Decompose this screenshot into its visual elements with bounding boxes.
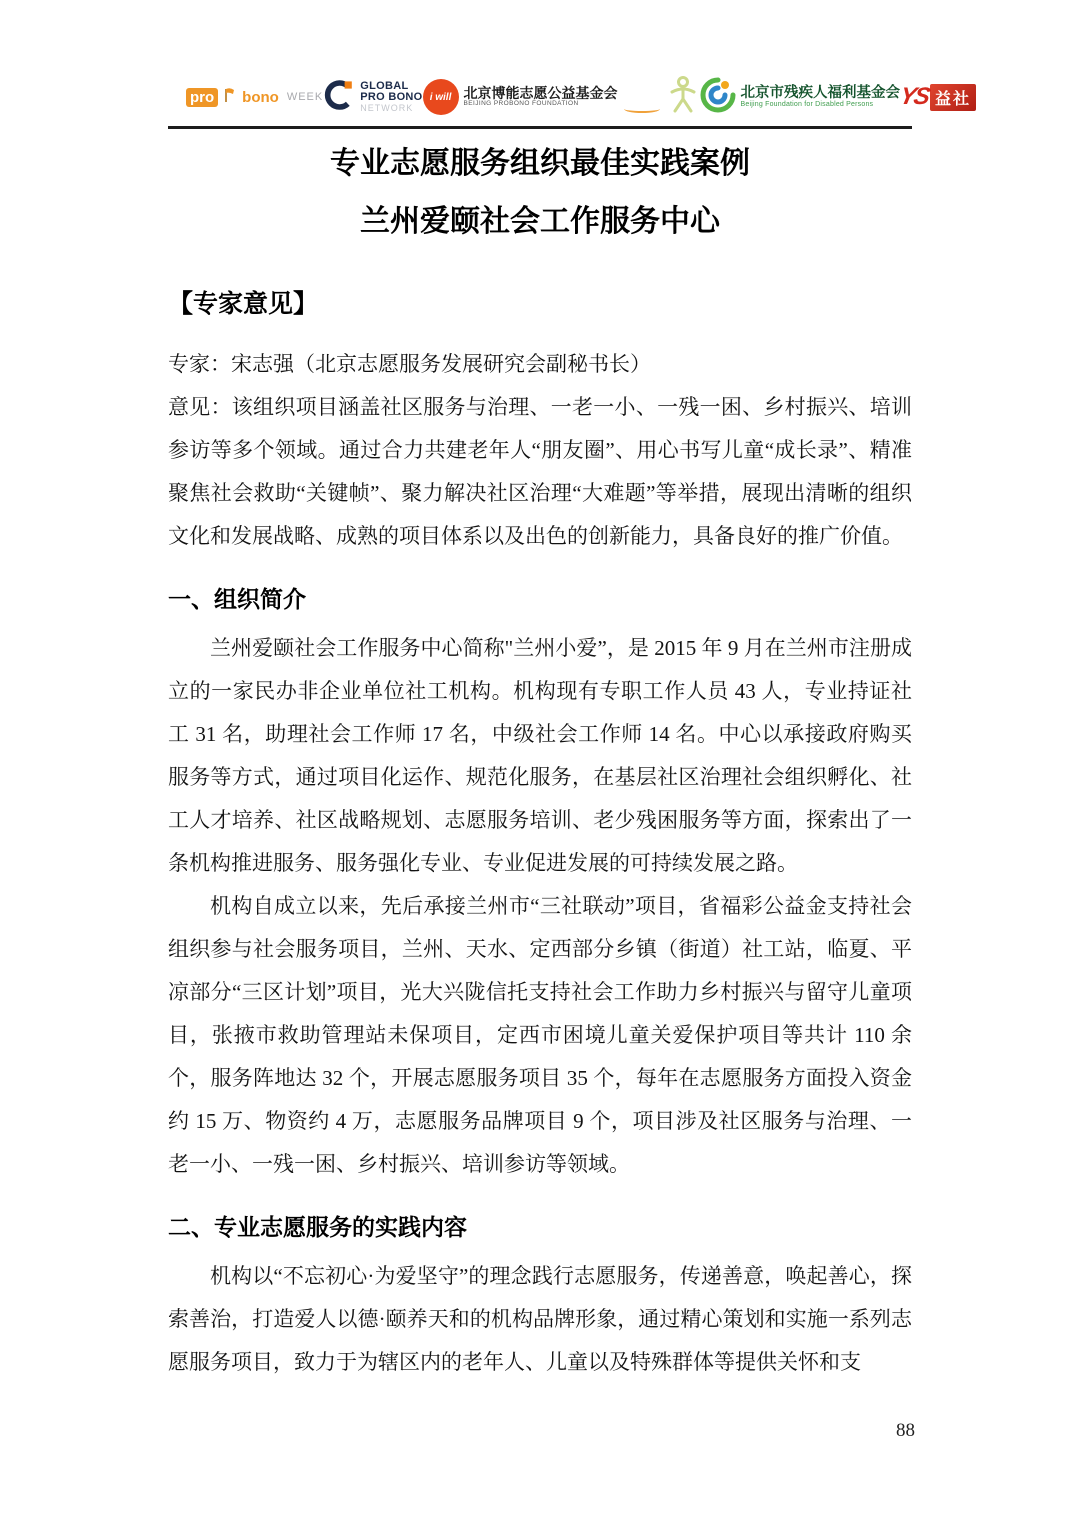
huizeren-label: 惠泽人 <box>624 89 660 106</box>
bfdp-en-label: Beijing Foundation for Disabled Persons <box>741 101 901 108</box>
document-content: 专业志愿服务组织最佳实践案例 兰州爱颐社会工作服务中心 【专家意见】 专家：宋志… <box>168 134 912 1384</box>
page-number: 88 <box>896 1420 915 1442</box>
pro-bono-week-pro-label: pro <box>186 88 218 107</box>
pro-bono-week-week-label: WEEK <box>287 91 323 103</box>
page-subtitle: 兰州爱颐社会工作服务中心 <box>168 202 912 243</box>
header-divider <box>168 126 912 129</box>
beijing-probono-cn-label: 北京博能志愿公益基金会 <box>464 86 618 101</box>
ys-mark: YS <box>897 83 931 111</box>
green-figure-logo <box>666 75 700 120</box>
flag-icon <box>224 87 235 107</box>
section2-paragraph-1: 机构以“不忘初心·为爱坚守”的理念践行志愿服务，传递善意，唤起善心，探索善治，打… <box>168 1255 912 1384</box>
global-pro-bono-network-logo: GLOBAL PRO BONO NETWORK <box>323 79 422 116</box>
section1-paragraph-1: 兰州爱颐社会工作服务中心简称"兰州小爱”，是 2015 年 9 月在兰州市注册成… <box>168 627 912 885</box>
page-title: 专业志愿服务组织最佳实践案例 <box>168 144 912 185</box>
section2-heading: 二、专业志愿服务的实践内容 <box>168 1213 912 1243</box>
expert-name-line: 专家：宋志强（北京志愿服务发展研究会副秘书长） <box>168 343 912 386</box>
bfdp-cn-label: 北京市残疾人福利基金会 <box>741 86 901 101</box>
document-page: probonoWEEK GLOBAL PRO BONO NETWORK i wi… <box>0 0 1080 1527</box>
yishe-logo: YS 益社 <box>900 83 976 111</box>
huizeren-logo: 惠泽人 <box>618 77 666 117</box>
huizeren-badge-icon: 惠泽人 <box>618 77 666 117</box>
expert-opinion-paragraph: 意见：该组织项目涵盖社区服务与治理、一老一小、一残一困、乡村振兴、培训参访等多个… <box>168 386 912 558</box>
gpbn-line3: NETWORK <box>360 104 422 113</box>
logo-bar: probonoWEEK GLOBAL PRO BONO NETWORK i wi… <box>168 72 912 122</box>
section1-paragraph-2: 机构自成立以来，先后承接兰州市“三社联动”项目，省福彩公益金支持社会组织参与社会… <box>168 885 912 1186</box>
green-person-icon <box>666 75 700 120</box>
c-arc-icon <box>323 79 355 116</box>
section1-heading: 一、组织简介 <box>168 585 912 615</box>
beijing-probono-en-label: BEIJING PROBONO FOUNDATION <box>464 101 618 108</box>
swirl-icon <box>700 77 736 118</box>
i-will-badge-icon: i will <box>423 79 459 115</box>
beijing-disabled-foundation-logo: 北京市残疾人福利基金会 Beijing Foundation for Disab… <box>700 77 901 118</box>
pro-bono-week-bono-label: bono <box>242 89 279 106</box>
beijing-probono-foundation-logo: i will 北京博能志愿公益基金会 BEIJING PROBONO FOUND… <box>423 79 618 115</box>
expert-opinion-heading: 【专家意见】 <box>168 289 912 319</box>
yishe-label: 益社 <box>930 84 976 111</box>
huizeren-swoosh <box>624 105 660 113</box>
pro-bono-week-logo: probonoWEEK <box>186 87 323 107</box>
